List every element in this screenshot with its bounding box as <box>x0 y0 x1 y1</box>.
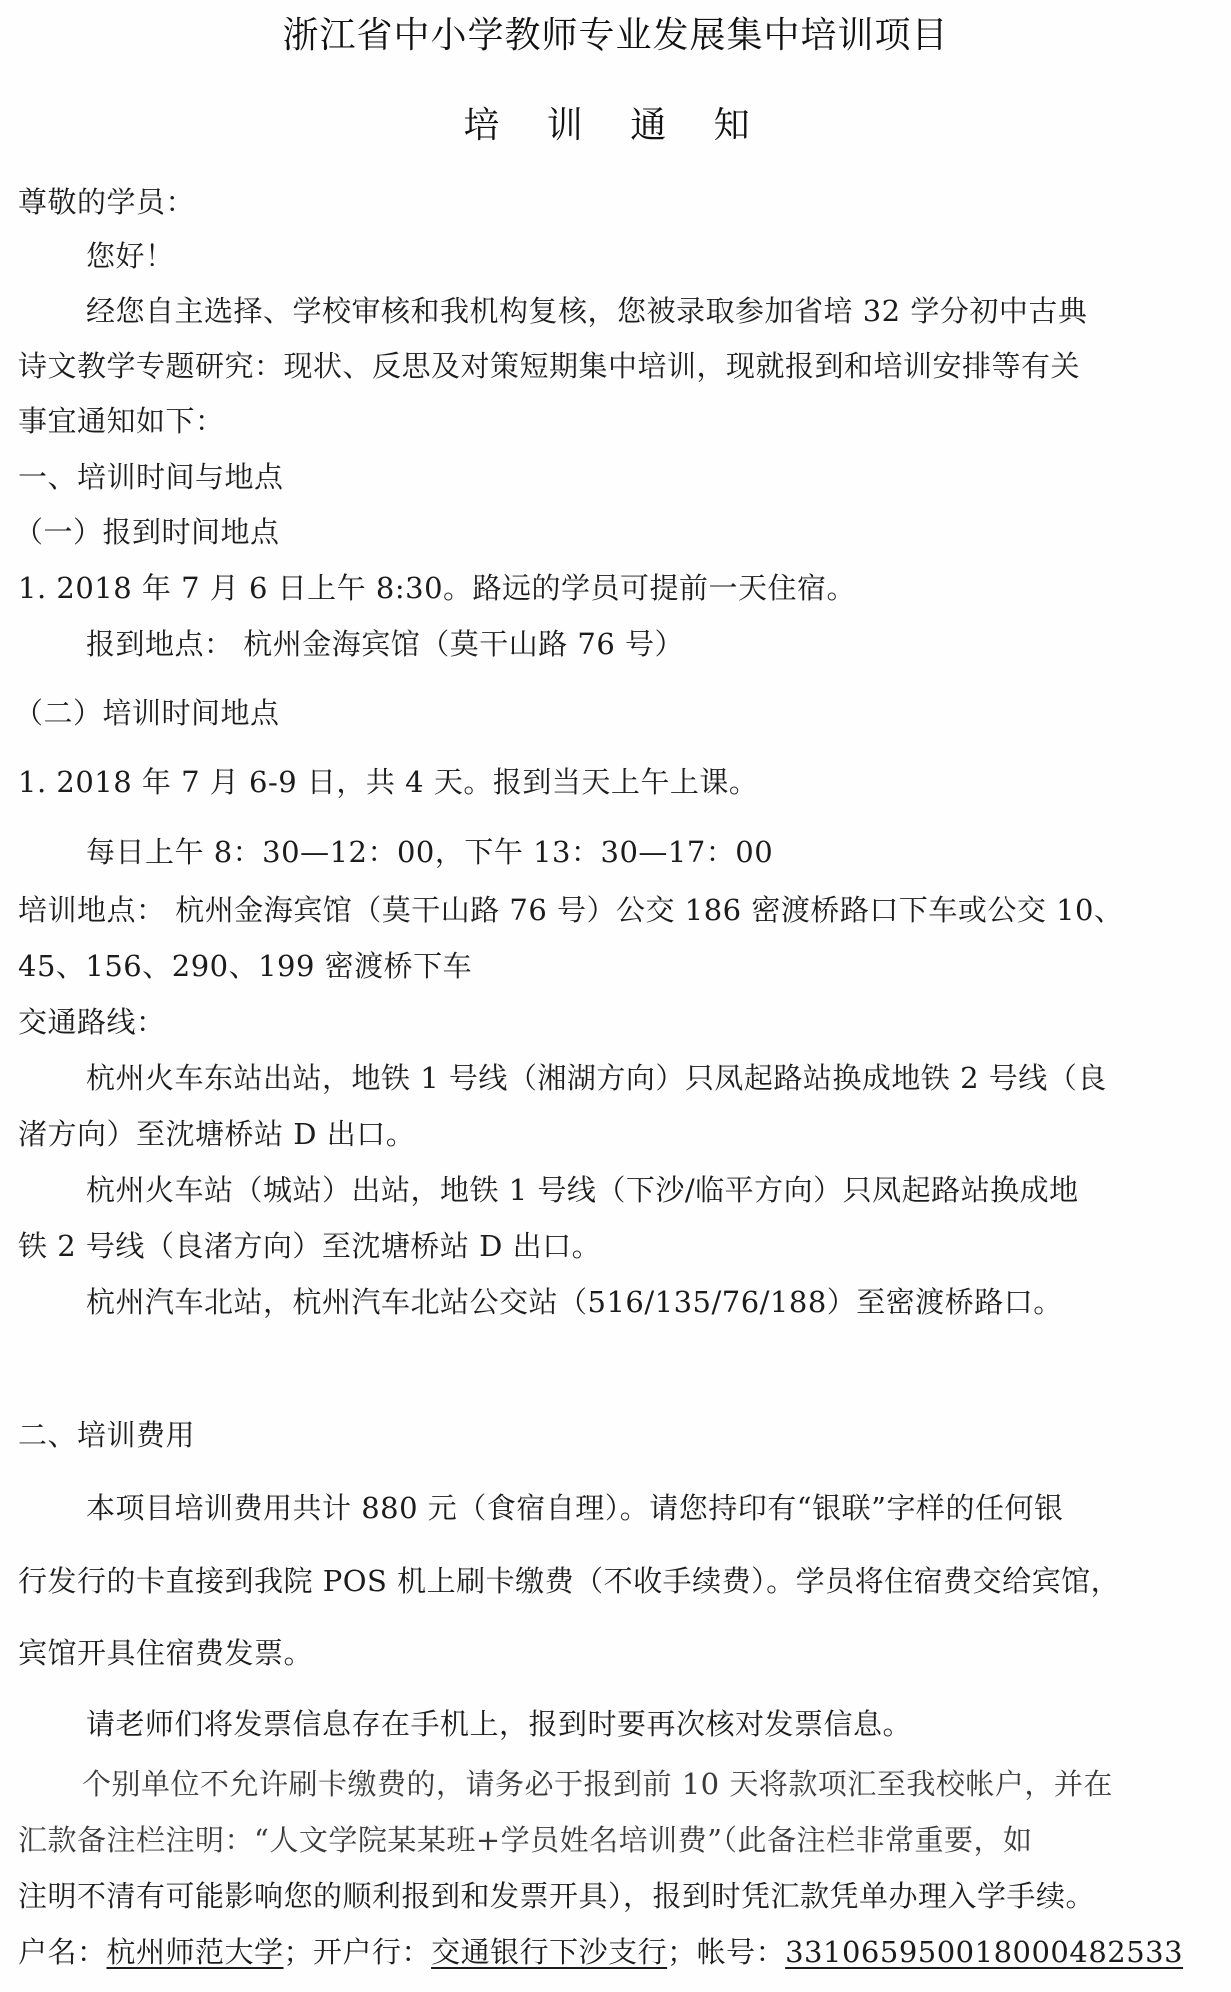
section1-sub1-heading: （一）报到时间地点 <box>14 514 280 550</box>
account-sep-1: ； <box>284 1935 314 1969</box>
section1-sub2-location-line-2: 45、156、290、199 密渡桥下车 <box>18 948 472 984</box>
section1-sub2-location-line-1: 培训地点： 杭州金海宾馆（莫干山路 76 号）公交 186 密渡桥路口下车或公交… <box>18 892 1123 928</box>
intro-line-3: 事宜通知如下： <box>18 403 225 439</box>
transport-heading: 交通路线： <box>18 1004 166 1040</box>
section1-heading: 一、培训时间与地点 <box>18 459 284 495</box>
section1-sub1-location: 报到地点： 杭州金海宾馆（莫干山路 76 号） <box>86 626 684 662</box>
account-bank-label: 开户行： <box>313 1935 431 1969</box>
account-sep-2: ； <box>667 1935 697 1969</box>
section1-sub2-heading: （二）培训时间地点 <box>14 695 280 731</box>
section1-sub1-item1: 1. 2018 年 7 月 6 日上午 8:30。路远的学员可提前一天住宿。 <box>18 570 856 606</box>
salutation: 尊敬的学员： <box>18 184 195 220</box>
intro-line-2: 诗文教学专题研究：现状、反思及对策短期集中培训，现就报到和培训安排等有关 <box>18 348 1080 384</box>
fee-line-3: 宾馆开具住宿费发票。 <box>18 1635 313 1671</box>
transport-route-1-line-2: 渚方向）至沈塘桥站 D 出口。 <box>18 1116 415 1152</box>
account-name-value: 杭州师范大学 <box>107 1935 284 1969</box>
transport-route-2-line-1: 杭州火车站（城站）出站，地铁 1 号线（下沙/临平方向）只凤起路站换成地 <box>86 1172 1079 1208</box>
section1-sub2-schedule: 每日上午 8：30—12：00，下午 13：30—17：00 <box>86 834 773 870</box>
section2-heading: 二、培训费用 <box>18 1417 195 1453</box>
account-number-label: 帐号： <box>697 1935 786 1969</box>
transport-route-1-line-1: 杭州火车东站出站，地铁 1 号线（湘湖方向）只凤起路站换成地铁 2 号线（良 <box>86 1060 1107 1096</box>
account-bank-value: 交通银行下沙支行 <box>431 1935 667 1969</box>
fee-line-1: 本项目培训费用共计 880 元（食宿自理）。请您持印有“银联”字样的任何银 <box>86 1490 1063 1526</box>
intro-line-1: 经您自主选择、学校审核和我机构复核，您被录取参加省培 32 学分初中古典 <box>86 293 1087 329</box>
greeting: 您好！ <box>86 238 175 274</box>
transport-route-2-line-2: 铁 2 号线（良渚方向）至沈塘桥站 D 出口。 <box>18 1228 601 1264</box>
account-info: 户名：杭州师范大学；开户行：交通银行下沙支行；帐号：33106595001800… <box>18 1934 1183 1970</box>
document-page: 浙江省中小学教师专业发展集中培训项目 培 训 通 知 尊敬的学员： 您好！ 经您… <box>0 0 1231 1992</box>
account-name-label: 户名： <box>18 1935 107 1969</box>
transfer-line-1: 个别单位不允许刷卡缴费的，请务必于报到前 10 天将款项汇至我校帐户，并在 <box>82 1766 1113 1802</box>
document-title: 浙江省中小学教师专业发展集中培训项目 <box>0 14 1231 58</box>
transfer-line-3: 注明不清有可能影响您的顺利报到和发票开具），报到时凭汇款凭单办理入学手续。 <box>18 1878 1095 1914</box>
fee-line-2: 行发行的卡直接到我院 POS 机上刷卡缴费（不收手续费）。学员将住宿费交给宾馆， <box>18 1563 1120 1599</box>
transfer-line-2: 汇款备注栏注明：“人文学院某某班+学员姓名培训费”（此备注栏非常重要，如 <box>18 1822 1032 1858</box>
document-subtitle: 培 训 通 知 <box>0 104 1231 148</box>
invoice-note: 请老师们将发票信息存在手机上，报到时要再次核对发票信息。 <box>86 1706 912 1742</box>
section1-sub2-item1: 1. 2018 年 7 月 6-9 日，共 4 天。报到当天上午上课。 <box>18 764 758 800</box>
account-number-value: 331065950018000482533 <box>785 1935 1183 1969</box>
transport-route-3: 杭州汽车北站，杭州汽车北站公交站（516/135/76/188）至密渡桥路口。 <box>86 1284 1063 1320</box>
